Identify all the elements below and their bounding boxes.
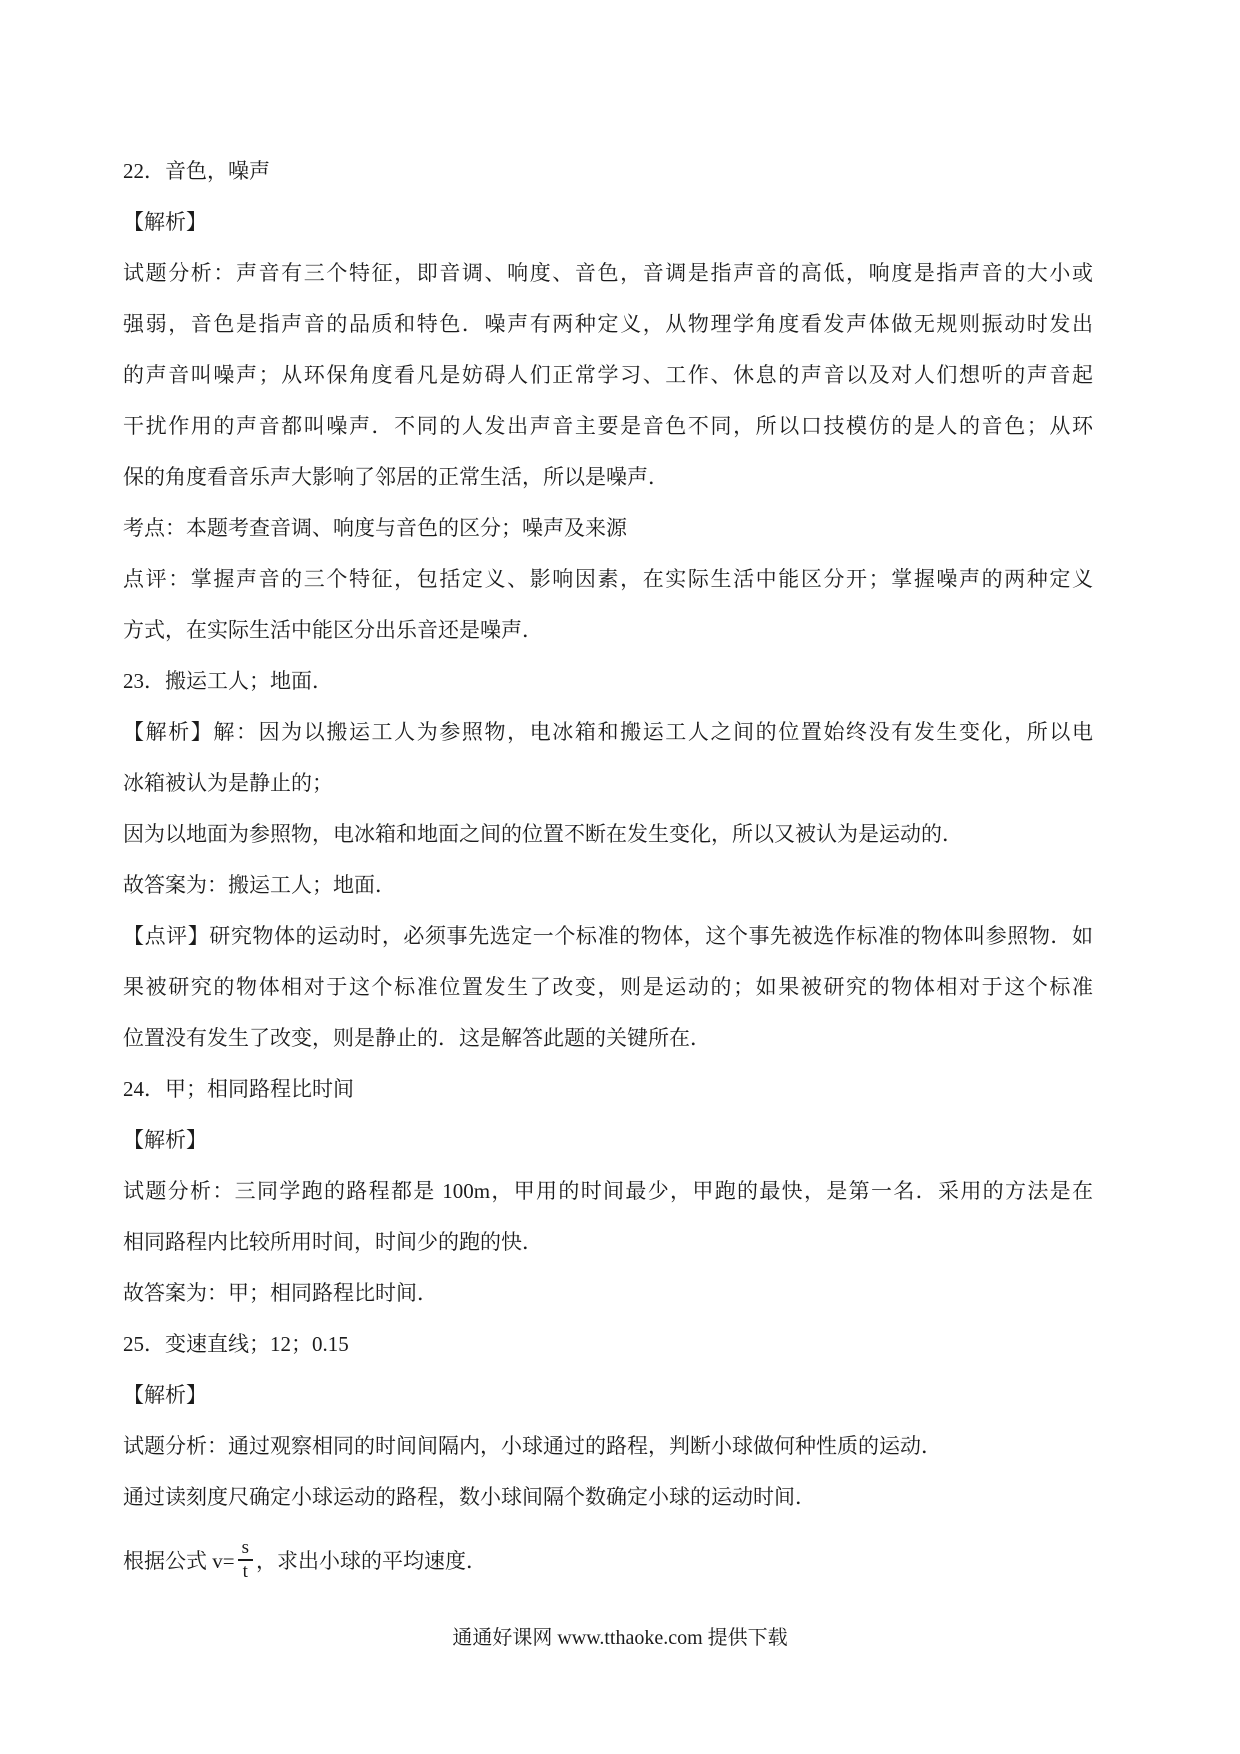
answer-line: 因为以地面为参照物，电冰箱和地面之间的位置不断在发生变化，所以又被认为是运动的． bbox=[123, 809, 1093, 860]
answer-line: 24．甲；相同路程比时间 bbox=[123, 1064, 1093, 1115]
answer-section-23: 23．搬运工人；地面． 【解析】解：因为以搬运工人为参照物，电冰箱和搬运工人之间… bbox=[123, 656, 1093, 1064]
document-page: 22．音色，噪声 【解析】 试题分析：声音有三个特征，即音调、响度、音色，音调是… bbox=[0, 0, 1240, 1754]
page-footer: 通通好课网 www.tthaoke.com 提供下载 bbox=[0, 1618, 1240, 1658]
answer-line: 试题分析：通过观察相同的时间间隔内，小球通过的路程，判断小球做何种性质的运动． bbox=[123, 1421, 1093, 1472]
answer-line: 的声音叫噪声；从环保角度看凡是妨碍人们正常学习、工作、休息的声音以及对人们想听的… bbox=[123, 350, 1093, 401]
analysis-label: 【解析】 bbox=[123, 1370, 1093, 1421]
answer-line: 试题分析：三同学跑的路程都是 100m，甲用的时间最少，甲跑的最快，是第一名．采… bbox=[123, 1166, 1093, 1217]
answer-line: 保的角度看音乐声大影响了邻居的正常生活，所以是噪声． bbox=[123, 452, 1093, 503]
answer-line: 试题分析：声音有三个特征，即音调、响度、音色，音调是指声音的高低，响度是指声音的… bbox=[123, 248, 1093, 299]
fraction-s-over-t: st bbox=[238, 1538, 253, 1582]
answer-line: 故答案为：搬运工人；地面． bbox=[123, 860, 1093, 911]
answer-line: 25．变速直线；12；0.15 bbox=[123, 1319, 1093, 1370]
answer-line: 位置没有发生了改变，则是静止的．这是解答此题的关键所在． bbox=[123, 1013, 1093, 1064]
formula-line: 根据公式 v=st，求出小球的平均速度． bbox=[123, 1523, 1093, 1597]
answer-line: 【解析】解：因为以搬运工人为参照物，电冰箱和搬运工人之间的位置始终没有发生变化，… bbox=[123, 707, 1093, 758]
answer-line: 方式，在实际生活中能区分出乐音还是噪声． bbox=[123, 605, 1093, 656]
answer-line: 23．搬运工人；地面． bbox=[123, 656, 1093, 707]
answer-line: 【点评】研究物体的运动时，必须事先选定一个标准的物体，这个事先被选作标准的物体叫… bbox=[123, 911, 1093, 962]
formula-suffix: ，求出小球的平均速度． bbox=[256, 1545, 487, 1575]
answer-section-25: 25．变速直线；12；0.15 【解析】 试题分析：通过观察相同的时间间隔内，小… bbox=[123, 1319, 1093, 1597]
analysis-label: 【解析】 bbox=[123, 197, 1093, 248]
fraction-numerator: s bbox=[238, 1538, 253, 1561]
answer-line: 干扰作用的声音都叫噪声．不同的人发出声音主要是音色不同，所以口技模仿的是人的音色… bbox=[123, 401, 1093, 452]
formula-prefix: 根据公式 v= bbox=[123, 1545, 235, 1575]
answer-line: 22．音色，噪声 bbox=[123, 146, 1093, 197]
answer-section-24: 24．甲；相同路程比时间 【解析】 试题分析：三同学跑的路程都是 100m，甲用… bbox=[123, 1064, 1093, 1319]
answer-section-22: 22．音色，噪声 【解析】 试题分析：声音有三个特征，即音调、响度、音色，音调是… bbox=[123, 146, 1093, 656]
answer-line: 果被研究的物体相对于这个标准位置发生了改变，则是运动的；如果被研究的物体相对于这… bbox=[123, 962, 1093, 1013]
answers-content: 22．音色，噪声 【解析】 试题分析：声音有三个特征，即音调、响度、音色，音调是… bbox=[123, 146, 1093, 1597]
analysis-label: 【解析】 bbox=[123, 1115, 1093, 1166]
answer-line: 点评：掌握声音的三个特征，包括定义、影响因素，在实际生活中能区分开；掌握噪声的两… bbox=[123, 554, 1093, 605]
answer-line: 强弱，音色是指声音的品质和特色．噪声有两种定义，从物理学角度看发声体做无规则振动… bbox=[123, 299, 1093, 350]
fraction-denominator: t bbox=[243, 1561, 248, 1582]
answer-line: 通过读刻度尺确定小球运动的路程，数小球间隔个数确定小球的运动时间． bbox=[123, 1472, 1093, 1523]
answer-line: 相同路程内比较所用时间，时间少的跑的快． bbox=[123, 1217, 1093, 1268]
footer-text: 通通好课网 www.tthaoke.com 提供下载 bbox=[452, 1627, 787, 1649]
answer-line: 考点：本题考查音调、响度与音色的区分；噪声及来源 bbox=[123, 503, 1093, 554]
answer-line: 冰箱被认为是静止的； bbox=[123, 758, 1093, 809]
answer-line: 故答案为：甲；相同路程比时间． bbox=[123, 1268, 1093, 1319]
